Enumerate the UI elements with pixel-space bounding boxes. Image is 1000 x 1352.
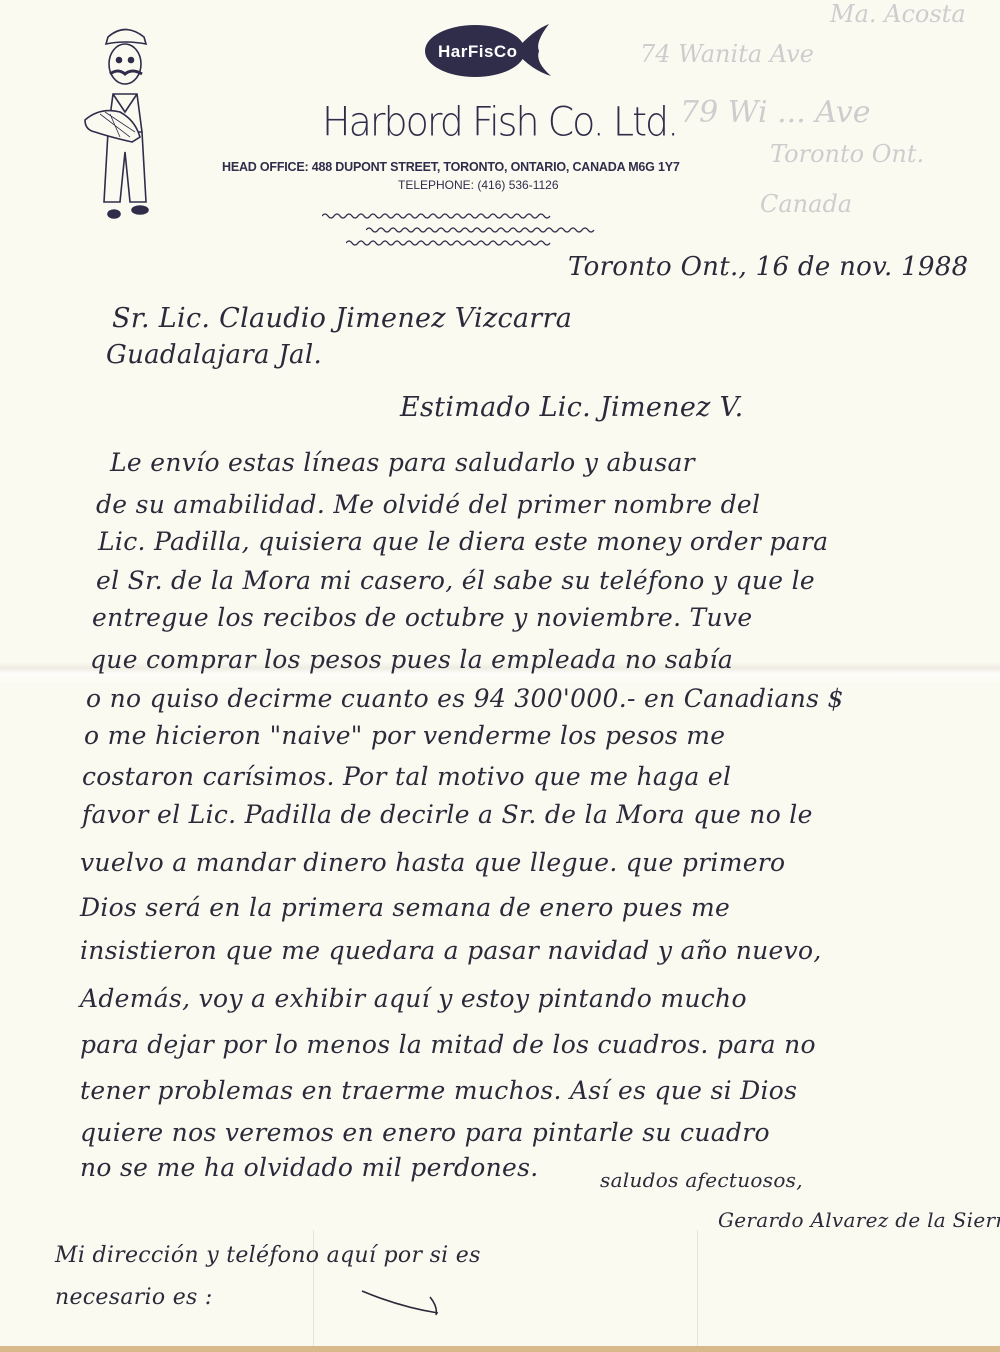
body-line: insistieron que me quedara a pasar navid… xyxy=(80,936,822,965)
body-line: de su amabilidad. Me olvidé del primer n… xyxy=(96,490,760,519)
pencil-note: 74 Wanita Ave xyxy=(640,40,814,68)
pencil-note: Toronto Ont. xyxy=(770,140,924,168)
head-office-address: HEAD OFFICE: 488 DUPONT STREET, TORONTO,… xyxy=(222,160,680,174)
closing: saludos afectuosos, xyxy=(600,1168,803,1192)
body-line: tener problemas en traerme muchos. Así e… xyxy=(80,1076,797,1105)
postscript-line: Mi dirección y teléfono aquí por si es xyxy=(55,1243,481,1268)
place-date: Toronto Ont., 16 de nov. 1988 xyxy=(568,252,969,282)
body-line: o no quiso decirme cuanto es 94 300'000.… xyxy=(86,684,844,713)
pencil-note: Canada xyxy=(760,190,852,218)
recipient-city: Guadalajara Jal. xyxy=(106,340,322,370)
arrow-icon xyxy=(360,1285,450,1325)
body-line: Además, voy a exhibir aquí y estoy pinta… xyxy=(80,984,747,1013)
signature: Gerardo Alvarez de la Sierra xyxy=(718,1208,1000,1232)
pencil-note: Ma. Acosta xyxy=(830,0,966,28)
paper-edge xyxy=(0,1346,1000,1352)
pencil-note: 79 Wi ... Ave xyxy=(680,95,870,130)
body-line: no se me ha olvidado mil perdones. xyxy=(80,1153,538,1182)
body-line: vuelvo a mandar dinero hasta que llegue.… xyxy=(80,848,785,877)
postscript-line: necesario es : xyxy=(55,1285,213,1310)
body-line: quiere nos veremos en enero para pintarl… xyxy=(80,1118,770,1147)
recipient-name: Sr. Lic. Claudio Jimenez Vizcarra xyxy=(112,303,572,334)
wave-divider-icon xyxy=(322,212,554,220)
body-line: costaron carísimos. Por tal motivo que m… xyxy=(82,762,731,791)
body-line: que comprar los pesos pues la empleada n… xyxy=(90,645,733,674)
body-line: favor el Lic. Padilla de decirle a Sr. d… xyxy=(82,800,813,829)
wave-divider-icon xyxy=(366,226,598,234)
body-line: Dios será en la primera semana de enero … xyxy=(80,893,730,922)
logo-text: HarFisCo xyxy=(438,42,518,62)
body-line: el Sr. de la Mora mi casero, él sabe su … xyxy=(96,566,815,595)
salutation: Estimado Lic. Jimenez V. xyxy=(400,392,744,423)
company-name: Harbord Fish Co. Ltd. xyxy=(322,99,677,145)
body-line: o me hicieron "naive" por venderme los p… xyxy=(84,721,725,750)
wave-divider-icon xyxy=(346,239,554,247)
body-line: Lic. Padilla, quisiera que le diera este… xyxy=(98,527,828,556)
sailor-mascot-icon xyxy=(80,2,170,228)
body-line: entregue los recibos de octubre y noviem… xyxy=(92,603,752,632)
fold-crease xyxy=(697,1230,698,1350)
body-line: Le envío estas líneas para saludarlo y a… xyxy=(110,448,695,477)
body-line: para dejar por lo menos la mitad de los … xyxy=(80,1030,816,1059)
company-telephone: TELEPHONE: (416) 536-1126 xyxy=(398,178,559,192)
